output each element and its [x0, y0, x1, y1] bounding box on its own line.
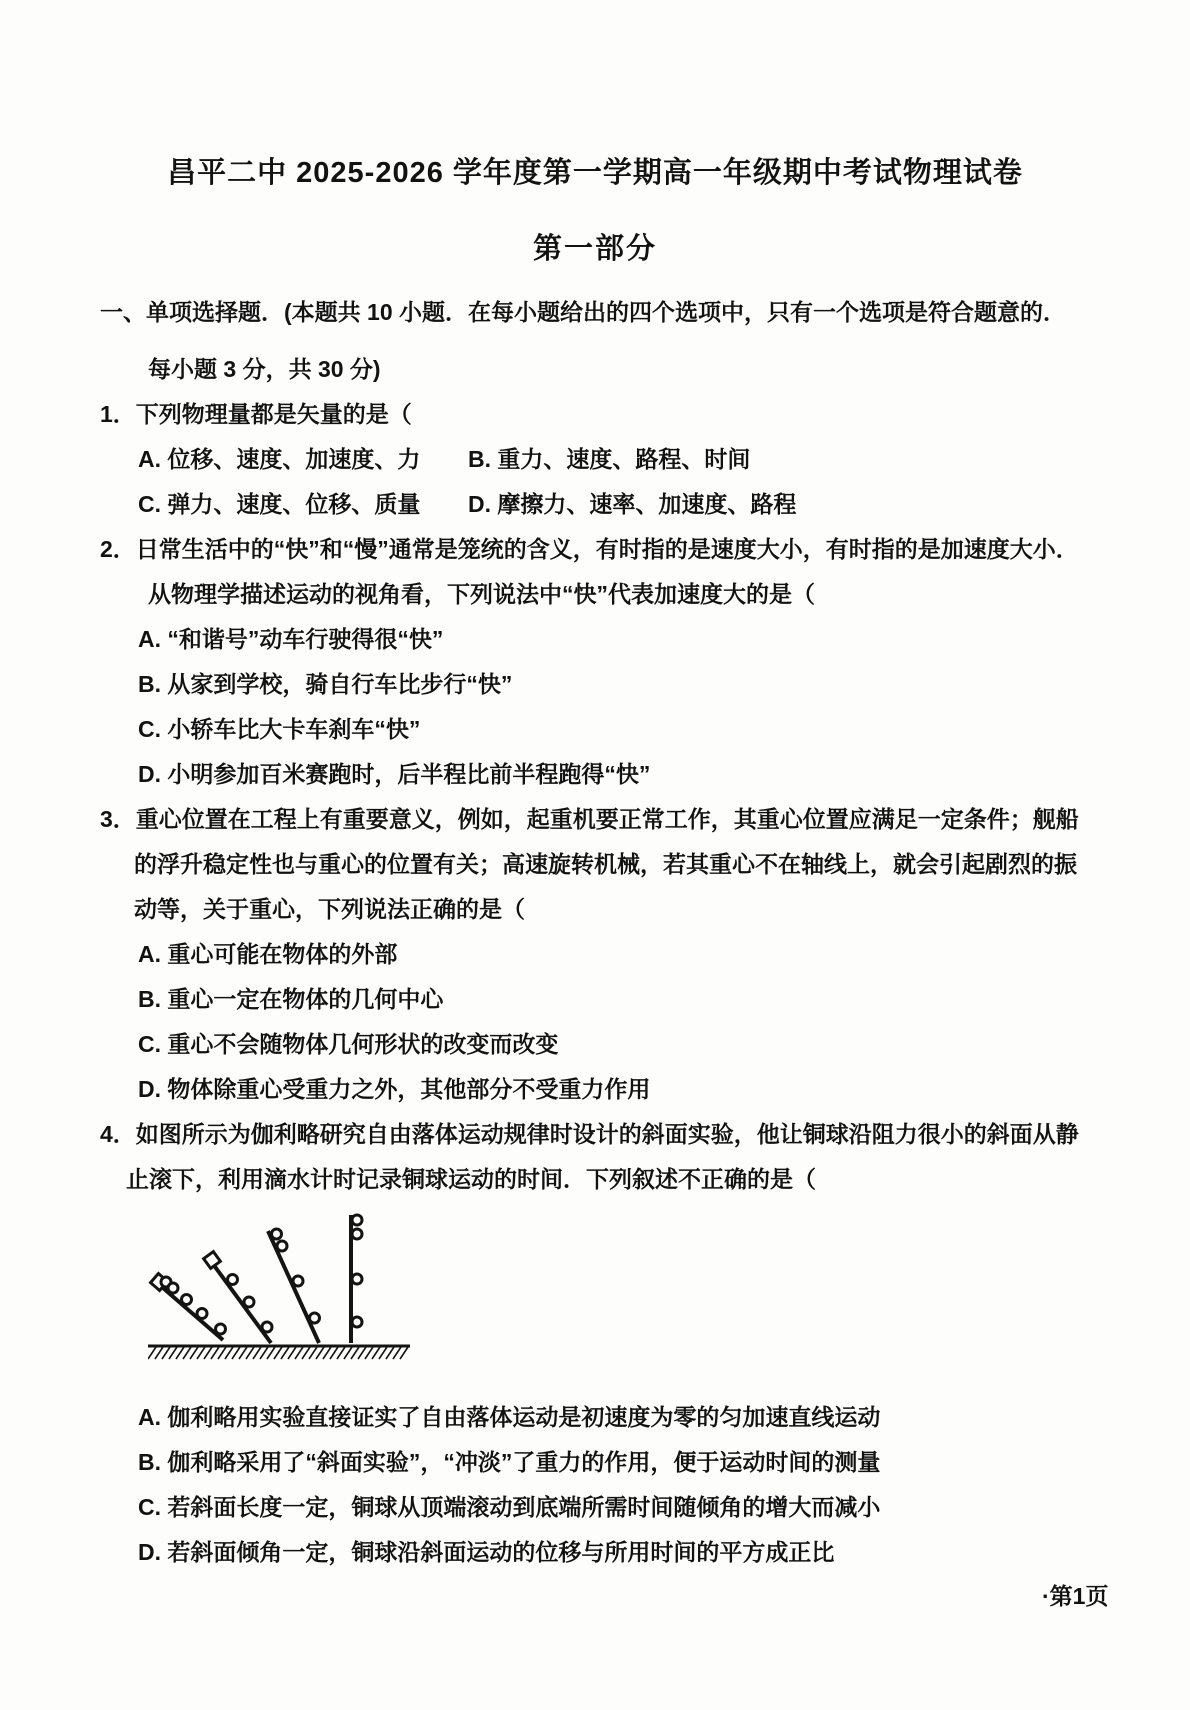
page-title: 昌平二中 2025-2026 学年度第一学期高一年级期中考试物理试卷: [0, 150, 1190, 191]
question-3-option-c: C. 重心不会随物体几何形状的改变而改变: [100, 1022, 1145, 1067]
section-heading-line2: 每小题 3 分，共 30 分): [100, 347, 1145, 392]
question-1-option-c: C. 弹力、速度、位移、质量: [138, 482, 468, 527]
question-2-stem-line1: 2．日常生活中的“快”和“慢”通常是笼统的含义，有时指的是速度大小，有时指的是加…: [100, 527, 1145, 572]
question-4-option-b: B. 伽利略采用了“斜面实验”，“冲淡”了重力的作用，便于运动时间的测量: [100, 1440, 1145, 1485]
question-3-stem-line3: 动等，关于重心，下列说法正确的是（: [100, 887, 1145, 932]
question-1-options-row-2: C. 弹力、速度、位移、质量 D. 摩擦力、速率、加速度、路程: [100, 482, 1145, 527]
question-2-stem-line2: 从物理学描述运动的视角看，下列说法中“快”代表加速度大的是（: [100, 572, 1145, 617]
question-1-stem: 1．下列物理量都是矢量的是（: [100, 392, 1145, 437]
question-1-option-a: A. 位移、速度、加速度、力: [138, 437, 468, 482]
question-3-stem-line2: 的浮升稳定性也与重心的位置有关；高速旋转机械，若其重心不在轴线上，就会引起剧烈的…: [100, 842, 1145, 887]
question-2-option-a: A. “和谐号”动车行驶得很“快”: [100, 617, 1145, 662]
question-3-option-a: A. 重心可能在物体的外部: [100, 932, 1145, 977]
question-3-option-d: D. 物体除重心受重力之外，其他部分不受重力作用: [100, 1067, 1145, 1112]
question-3-option-b: B. 重心一定在物体的几何中心: [100, 977, 1145, 1022]
question-4-option-d: D. 若斜面倾角一定，铜球沿斜面运动的位移与所用时间的平方成正比: [100, 1530, 1145, 1575]
question-4-stem-line2: 止滚下，利用滴水计时记录铜球运动的时间．下列叙述不正确的是（: [100, 1157, 1145, 1202]
galileo-incline-figure: [100, 1210, 1145, 1395]
question-4-stem-line1: 4．如图所示为伽利略研究自由落体运动规律时设计的斜面实验，他让铜球沿阻力很小的斜…: [100, 1112, 1145, 1157]
question-3-stem-line1: 3．重心位置在工程上有重要意义，例如，起重机要正常工作，其重心位置应满足一定条件…: [100, 797, 1145, 842]
galileo-incline-figure-svg: [148, 1210, 438, 1362]
section-heading-line1: 一、单项选择题．(本题共 10 小题．在每小题给出的四个选项中，只有一个选项是符…: [100, 290, 1145, 335]
question-2-option-d: D. 小明参加百米赛跑时，后半程比前半程跑得“快”: [100, 752, 1145, 797]
incline2-block: [204, 1252, 221, 1269]
ground-hatching: [148, 1347, 408, 1359]
question-4-option-c: C. 若斜面长度一定，铜球从顶端滚动到底端所需时间随倾角的增大而减小: [100, 1485, 1145, 1530]
question-1-option-b: B. 重力、速度、路程、时间: [468, 437, 750, 482]
part-heading: 第一部分: [0, 226, 1190, 267]
page-number: ·第1页: [1042, 1578, 1108, 1611]
question-2-option-c: C. 小轿车比大卡车刹车“快”: [100, 707, 1145, 752]
question-2-option-b: B. 从家到学校，骑自行车比步行“快”: [100, 662, 1145, 707]
question-1-option-d: D. 摩擦力、速率、加速度、路程: [468, 482, 796, 527]
question-1-options-row-1: A. 位移、速度、加速度、力 B. 重力、速度、路程、时间: [100, 437, 1145, 482]
exam-body: 一、单项选择题．(本题共 10 小题．在每小题给出的四个选项中，只有一个选项是符…: [100, 290, 1145, 1575]
question-4-option-a: A. 伽利略用实验直接证实了自由落体运动是初速度为零的匀加速直线运动: [100, 1395, 1145, 1440]
exam-paper-page: 昌平二中 2025-2026 学年度第一学期高一年级期中考试物理试卷 第一部分 …: [0, 0, 1190, 1710]
